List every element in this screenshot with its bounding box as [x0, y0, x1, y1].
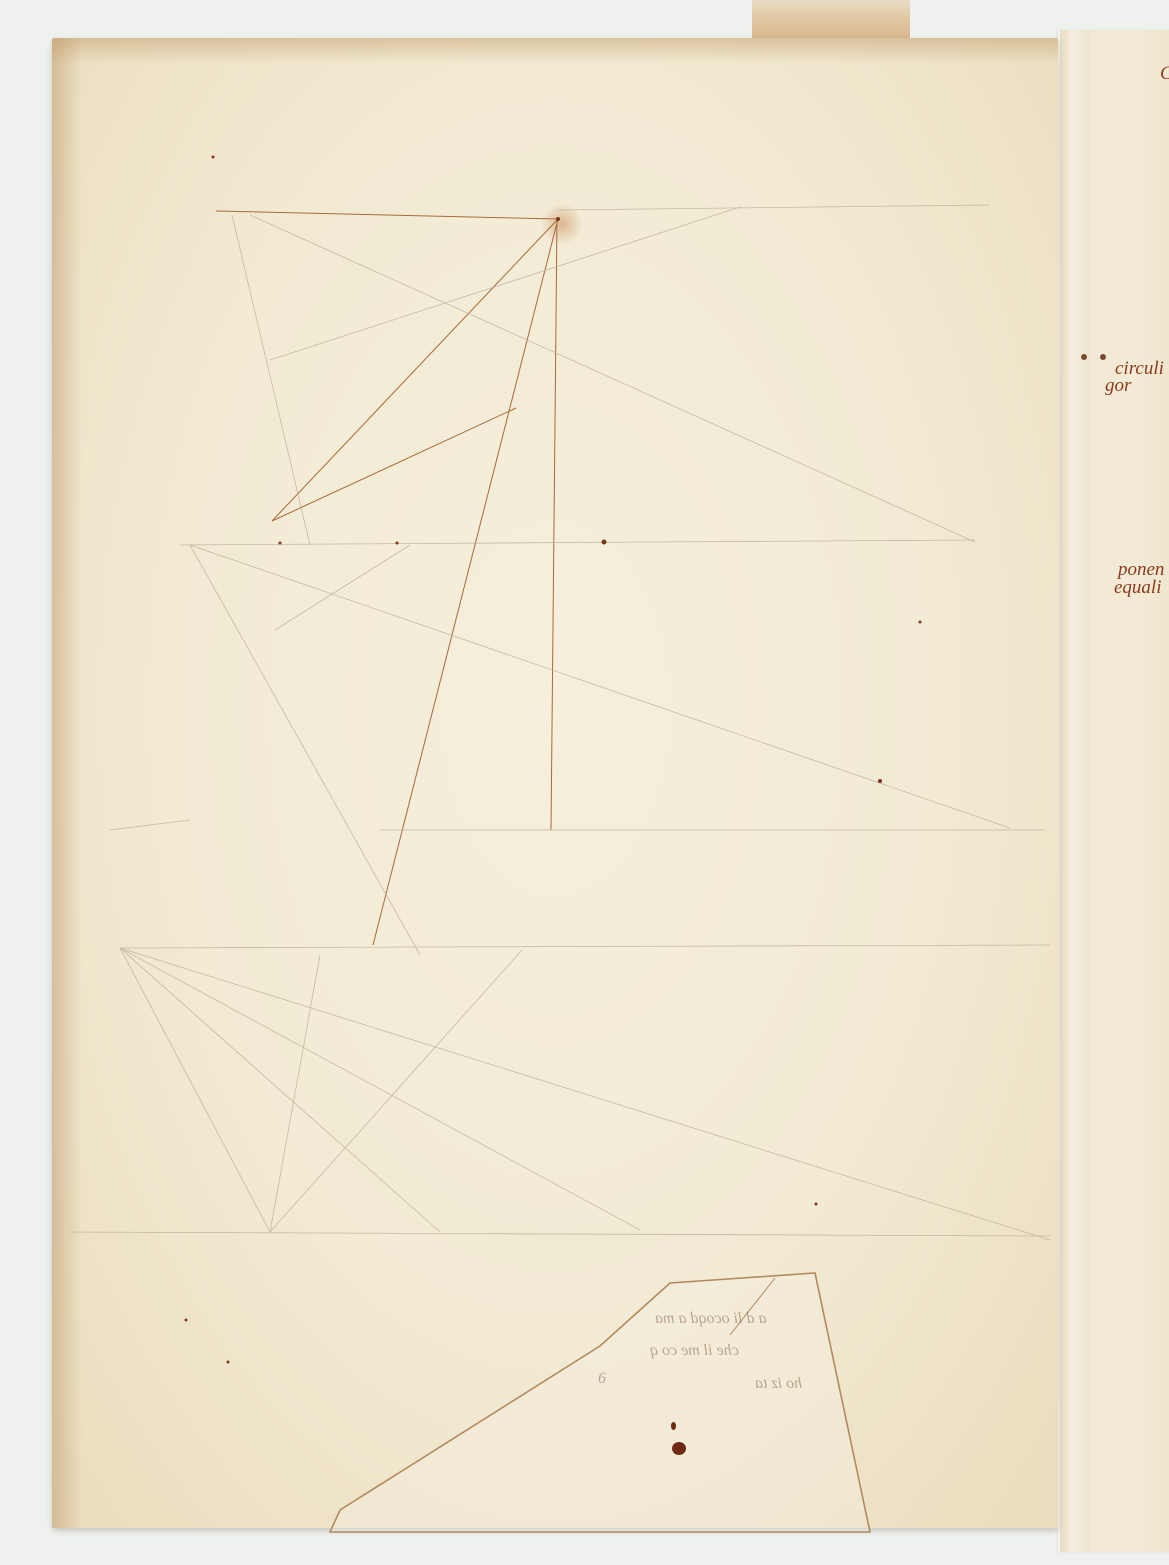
mirrored-text-line: ho iz ta: [755, 1375, 802, 1393]
pin-hole: [1100, 354, 1106, 360]
handwriting-line: ponen: [1118, 562, 1164, 577]
handwriting-glyph: C: [1160, 66, 1169, 81]
pin-hole: [1081, 354, 1087, 360]
manuscript-scene: a d li ocoqd a ma che il me co q ho iz t…: [0, 0, 1169, 1565]
geometric-drawing: [0, 0, 1169, 1565]
handwriting-line: circuli: [1115, 361, 1164, 376]
handwriting-line: equali: [1114, 580, 1162, 595]
handwriting-line: gor: [1105, 378, 1131, 393]
ink-lines: [0, 0, 600, 1432]
faint-construction-lines: [70, 205, 1050, 1240]
ink-blot: [672, 1442, 686, 1455]
ink-blot-small: [671, 1422, 676, 1430]
mirrored-text-line: che il me co q: [650, 1342, 739, 1360]
pasted-fragment: [330, 1273, 870, 1532]
mirrored-text-line: a d li ocoqd a ma: [655, 1310, 767, 1328]
stray-mark: 6: [598, 1370, 606, 1388]
